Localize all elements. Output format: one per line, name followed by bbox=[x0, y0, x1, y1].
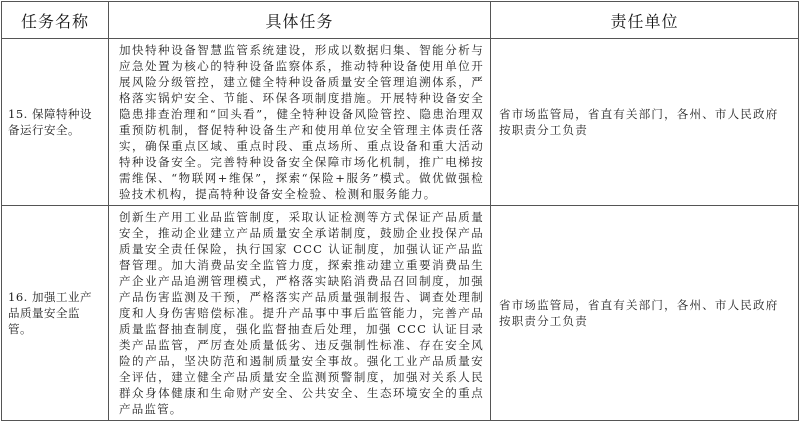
task-detail-cell: 创新生产用工业品监管制度，采取认证检测等方式保证产品质量安全，推动企业建立产品质… bbox=[109, 206, 491, 370]
header-task-name: 任务名称 bbox=[2, 2, 109, 39]
header-specific-task: 具体任务 bbox=[109, 2, 491, 39]
responsible-unit-cell: 省市场监管局，省直有关部门，各州、市人民政府按职责分工负责 bbox=[491, 39, 799, 206]
responsible-unit-cell: 省市场监管局，省直有关部门，各州、市人民政府按职责分工负责 bbox=[491, 206, 799, 370]
task-detail-cell: 加快特种设备智慧监管系统建设，形成以数据归集、智能分析与应急处置为核心的特种设备… bbox=[109, 39, 491, 206]
table-row: 15. 保障特种设备运行安全。 加快特种设备智慧监管系统建设，形成以数据归集、智… bbox=[2, 39, 799, 206]
task-table: 任务名称 具体任务 责任单位 15. 保障特种设备运行安全。 加快特种设备智慧监… bbox=[1, 1, 799, 369]
header-responsible-unit: 责任单位 bbox=[491, 2, 799, 39]
task-name-cell: 16. 加强工业产品质量安全监管。 bbox=[2, 206, 109, 370]
table-row: 16. 加强工业产品质量安全监管。 创新生产用工业品监管制度，采取认证检测等方式… bbox=[2, 206, 799, 370]
task-name-cell: 15. 保障特种设备运行安全。 bbox=[2, 39, 109, 206]
header-row: 任务名称 具体任务 责任单位 bbox=[2, 2, 799, 39]
